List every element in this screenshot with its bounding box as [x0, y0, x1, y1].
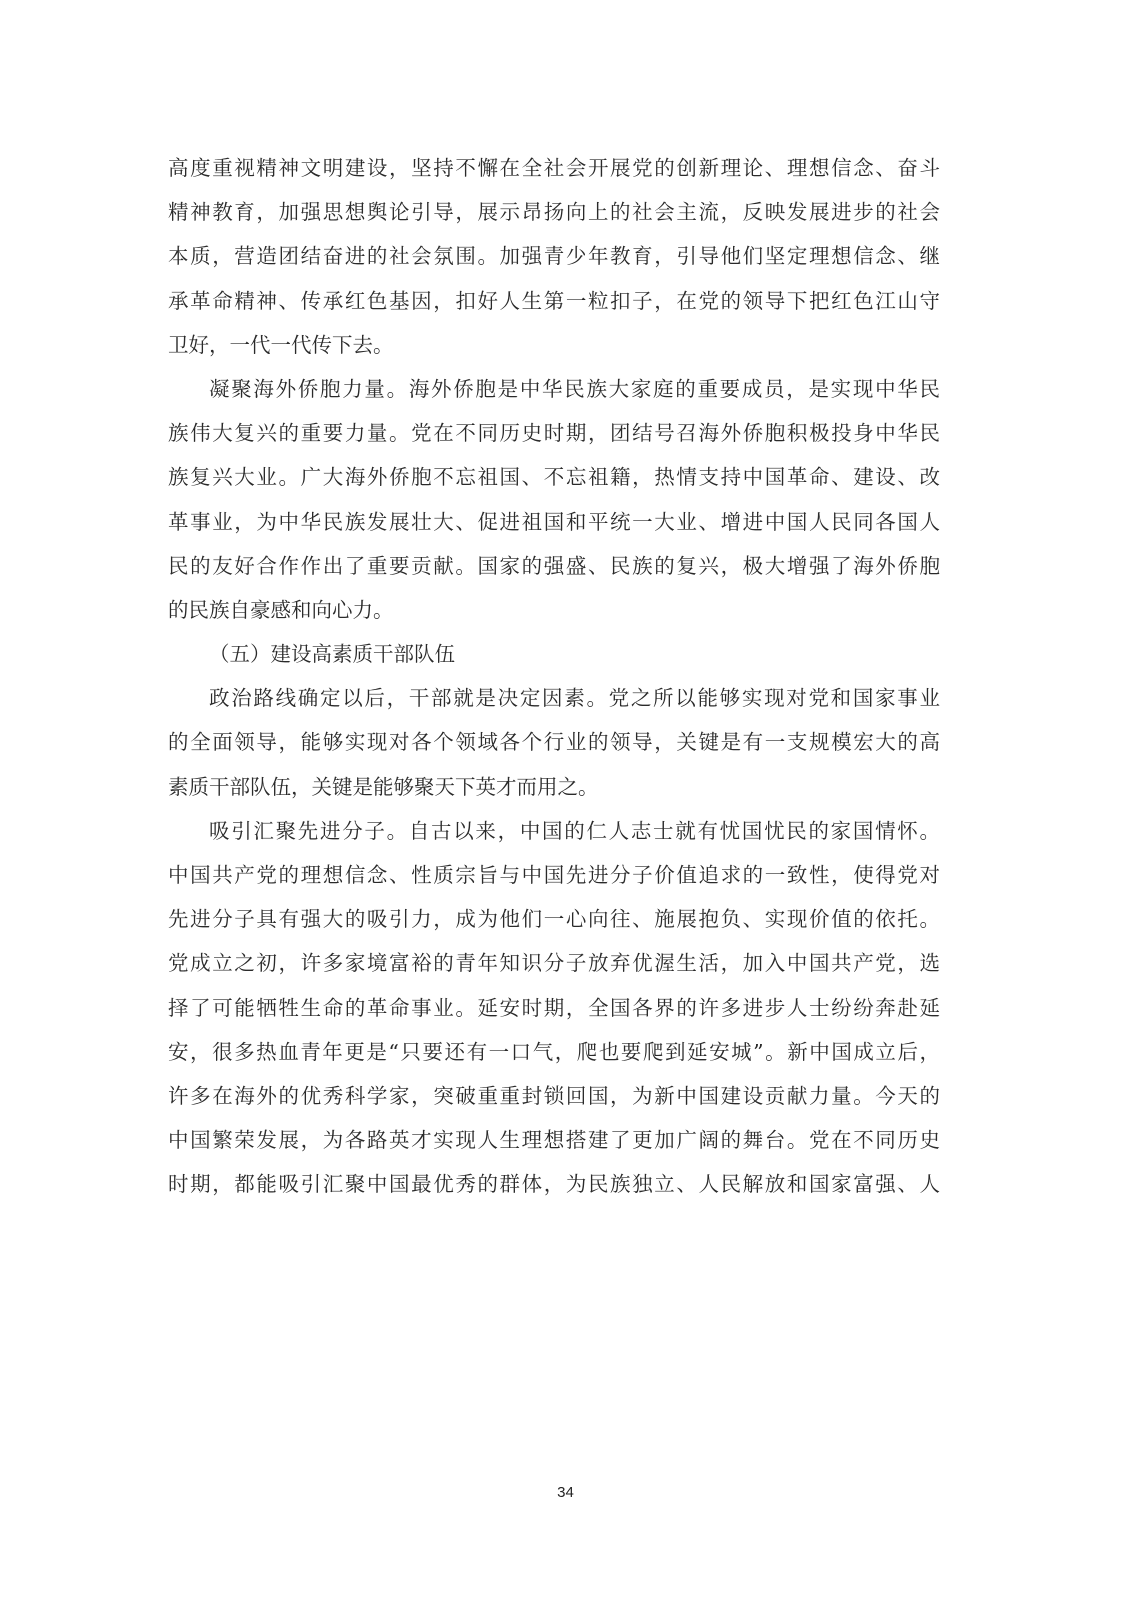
text-line: 许多在海外的优秀科学家，突破重重封锁回国，为新中国建设贡献力量。今天的 [168, 1074, 940, 1118]
text-line: 中国繁荣发展，为各路英才实现人生理想搭建了更加广阔的舞台。党在不同历史 [168, 1118, 940, 1162]
text-line: 民的友好合作作出了重要贡献。国家的强盛、民族的复兴，极大增强了海外侨胞 [168, 544, 940, 588]
text-line: 党成立之初，许多家境富裕的青年知识分子放弃优渥生活，加入中国共产党，选 [168, 941, 940, 985]
text-line: 族伟大复兴的重要力量。党在不同历史时期，团结号召海外侨胞积极投身中华民 [168, 411, 940, 455]
page-body: 高度重视精神文明建设，坚持不懈在全社会开展党的创新理论、理想信念、奋斗 精神教育… [168, 146, 940, 1207]
paragraph-overseas-chinese: 凝聚海外侨胞力量。海外侨胞是中华民族大家庭的重要成员，是实现中华民 族伟大复兴的… [168, 367, 940, 632]
text-line: 高度重视精神文明建设，坚持不懈在全社会开展党的创新理论、理想信念、奋斗 [168, 146, 940, 190]
text-line: 革事业，为中华民族发展壮大、促进祖国和平统一大业、增进中国人民同各国人 [168, 500, 940, 544]
text-line: 择了可能牺牲生命的革命事业。延安时期，全国各界的许多进步人士纷纷奔赴延 [168, 986, 940, 1030]
text-line: 时期，都能吸引汇聚中国最优秀的群体，为民族独立、人民解放和国家富强、人 [168, 1162, 940, 1206]
paragraph-spiritual-civilization: 高度重视精神文明建设，坚持不懈在全社会开展党的创新理论、理想信念、奋斗 精神教育… [168, 146, 940, 367]
page-number: 34 [0, 1484, 1131, 1501]
paragraph-cadres: 政治路线确定以后，干部就是决定因素。党之所以能够实现对党和国家事业 的全面领导，… [168, 676, 940, 809]
text-line: 安，很多热血青年更是“只要还有一口气，爬也要爬到延安城”。新中国成立后， [168, 1030, 940, 1074]
text-line: 本质，营造团结奋进的社会氛围。加强青少年教育，引导他们坚定理想信念、继 [168, 234, 940, 278]
text-line: 卫好，一代一代传下去。 [168, 323, 940, 367]
text-line: 政治路线确定以后，干部就是决定因素。党之所以能够实现对党和国家事业 [168, 676, 940, 720]
document-page: 高度重视精神文明建设，坚持不懈在全社会开展党的创新理论、理想信念、奋斗 精神教育… [0, 0, 1131, 1600]
section-heading-text: （五）建设高素质干部队伍 [168, 632, 940, 676]
text-line: 先进分子具有强大的吸引力，成为他们一心向往、施展抱负、实现价值的依托。 [168, 897, 940, 941]
text-line: 凝聚海外侨胞力量。海外侨胞是中华民族大家庭的重要成员，是实现中华民 [168, 367, 940, 411]
text-line: 素质干部队伍，关键是能够聚天下英才而用之。 [168, 765, 940, 809]
text-line: 吸引汇聚先进分子。自古以来，中国的仁人志士就有忧国忧民的家国情怀。 [168, 809, 940, 853]
text-line: 的民族自豪感和向心力。 [168, 588, 940, 632]
section-heading: （五）建设高素质干部队伍 [168, 632, 940, 676]
text-line: 精神教育，加强思想舆论引导，展示昂扬向上的社会主流，反映发展进步的社会 [168, 190, 940, 234]
text-line: 承革命精神、传承红色基因，扣好人生第一粒扣子，在党的领导下把红色江山守 [168, 279, 940, 323]
paragraph-advanced-elements: 吸引汇聚先进分子。自古以来，中国的仁人志士就有忧国忧民的家国情怀。 中国共产党的… [168, 809, 940, 1207]
text-line: 中国共产党的理想信念、性质宗旨与中国先进分子价值追求的一致性，使得党对 [168, 853, 940, 897]
text-line: 族复兴大业。广大海外侨胞不忘祖国、不忘祖籍，热情支持中国革命、建设、改 [168, 455, 940, 499]
text-line: 的全面领导，能够实现对各个领域各个行业的领导，关键是有一支规模宏大的高 [168, 720, 940, 764]
